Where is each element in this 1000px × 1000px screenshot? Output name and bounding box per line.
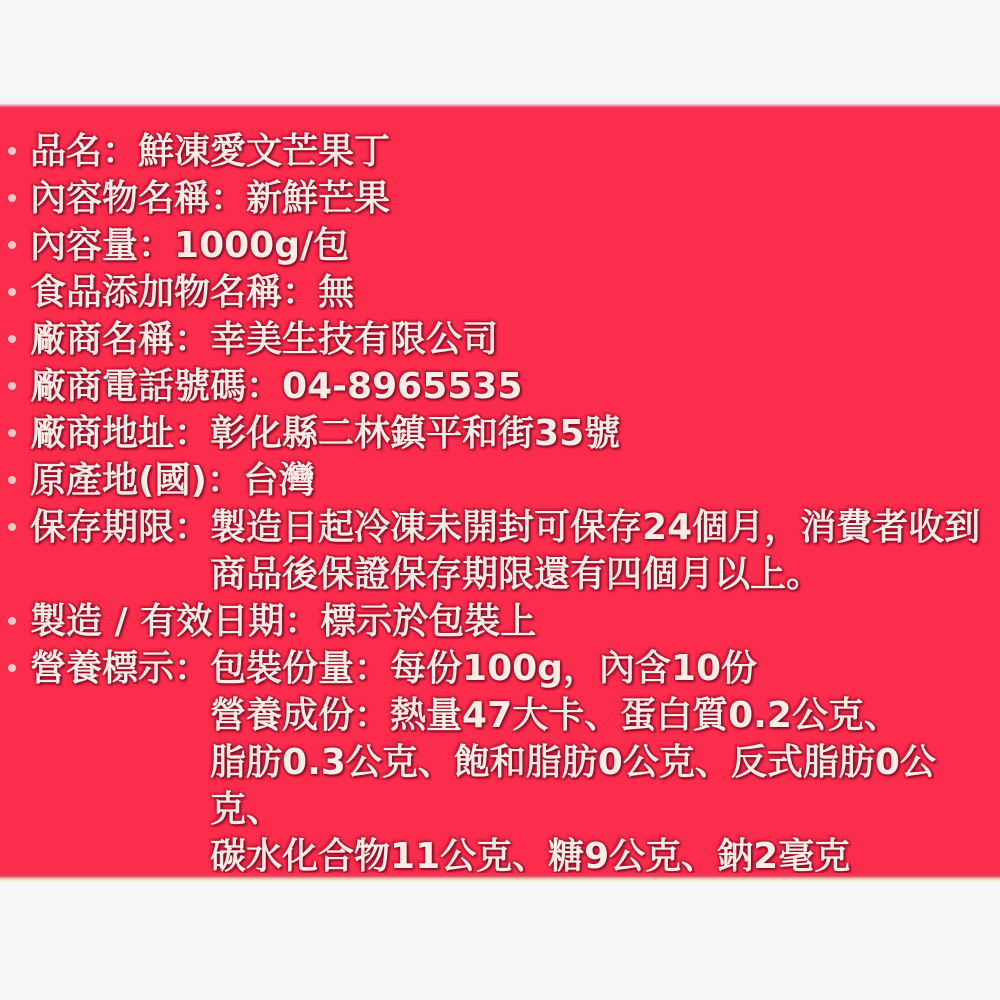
bullet-dot-icon xyxy=(8,429,16,437)
bottom-transition-band xyxy=(0,873,1000,883)
spec-item: 廠商電話號碼： 04-8965535 xyxy=(0,363,994,410)
spec-value: 幸美生技有限公司 xyxy=(210,316,498,363)
spec-list: 品名： 鮮凍愛文芒果丁 內容物名稱： 新鮮芒果 內容量： 1000g/包 食品添… xyxy=(0,128,994,880)
bullet-dot-icon xyxy=(8,617,16,625)
bullet-dot-icon xyxy=(8,288,16,296)
spec-value: 製造日起冷凍未開封可保存24個月，消費者收到 商品後保證保存期限還有四個月以上。 xyxy=(210,504,980,598)
spec-item: 營養標示： 包裝份量：每份100g，內含10份 營養成份：熱量47大卡、蛋白質0… xyxy=(0,645,994,880)
bullet-dot-icon xyxy=(8,523,16,531)
product-info-page: 品名： 鮮凍愛文芒果丁 內容物名稱： 新鮮芒果 內容量： 1000g/包 食品添… xyxy=(0,0,1000,1000)
spec-item: 原產地(國)： 台灣 xyxy=(0,457,994,504)
spec-label: 廠商地址： xyxy=(30,410,210,457)
spec-item: 品名： 鮮凍愛文芒果丁 xyxy=(0,128,994,175)
spec-label: 內容物名稱： xyxy=(30,175,246,222)
spec-value: 無 xyxy=(318,269,354,316)
spec-value: 標示於包裝上 xyxy=(320,598,536,645)
spec-label: 原產地(國)： xyxy=(30,457,243,504)
spec-label: 廠商電話號碼： xyxy=(30,363,282,410)
spec-value: 鮮凍愛文芒果丁 xyxy=(138,128,390,175)
spec-value: 04-8965535 xyxy=(282,363,522,410)
spec-value: 新鮮芒果 xyxy=(246,175,390,222)
spec-item: 內容量： 1000g/包 xyxy=(0,222,994,269)
spec-label: 品名： xyxy=(30,128,138,175)
spec-label: 廠商名稱： xyxy=(30,316,210,363)
bullet-dot-icon xyxy=(8,382,16,390)
spec-item: 內容物名稱： 新鮮芒果 xyxy=(0,175,994,222)
spec-item: 製造 / 有效日期： 標示於包裝上 xyxy=(0,598,994,645)
bullet-dot-icon xyxy=(8,664,16,672)
spec-label: 保存期限： xyxy=(30,504,210,551)
top-transition-band xyxy=(0,93,1000,108)
bullet-dot-icon xyxy=(8,335,16,343)
bullet-dot-icon xyxy=(8,194,16,202)
spec-label: 內容量： xyxy=(30,222,174,269)
bullet-dot-icon xyxy=(8,147,16,155)
spec-value: 彰化縣二林鎮平和街35號 xyxy=(210,410,620,457)
product-spec-panel: 品名： 鮮凍愛文芒果丁 內容物名稱： 新鮮芒果 內容量： 1000g/包 食品添… xyxy=(0,108,1000,873)
spec-item: 食品添加物名稱： 無 xyxy=(0,269,994,316)
bullet-dot-icon xyxy=(8,476,16,484)
spec-value: 台灣 xyxy=(243,457,315,504)
spec-label: 食品添加物名稱： xyxy=(30,269,318,316)
spec-item: 廠商名稱： 幸美生技有限公司 xyxy=(0,316,994,363)
spec-item: 保存期限： 製造日起冷凍未開封可保存24個月，消費者收到 商品後保證保存期限還有… xyxy=(0,504,994,598)
spec-item: 廠商地址： 彰化縣二林鎮平和街35號 xyxy=(0,410,994,457)
spec-label: 製造 / 有效日期： xyxy=(30,598,320,645)
spec-value: 1000g/包 xyxy=(174,222,349,269)
spec-value: 包裝份量：每份100g，內含10份 營養成份：熱量47大卡、蛋白質0.2公克、 … xyxy=(210,645,994,880)
bullet-dot-icon xyxy=(8,241,16,249)
spec-label: 營養標示： xyxy=(30,645,210,692)
